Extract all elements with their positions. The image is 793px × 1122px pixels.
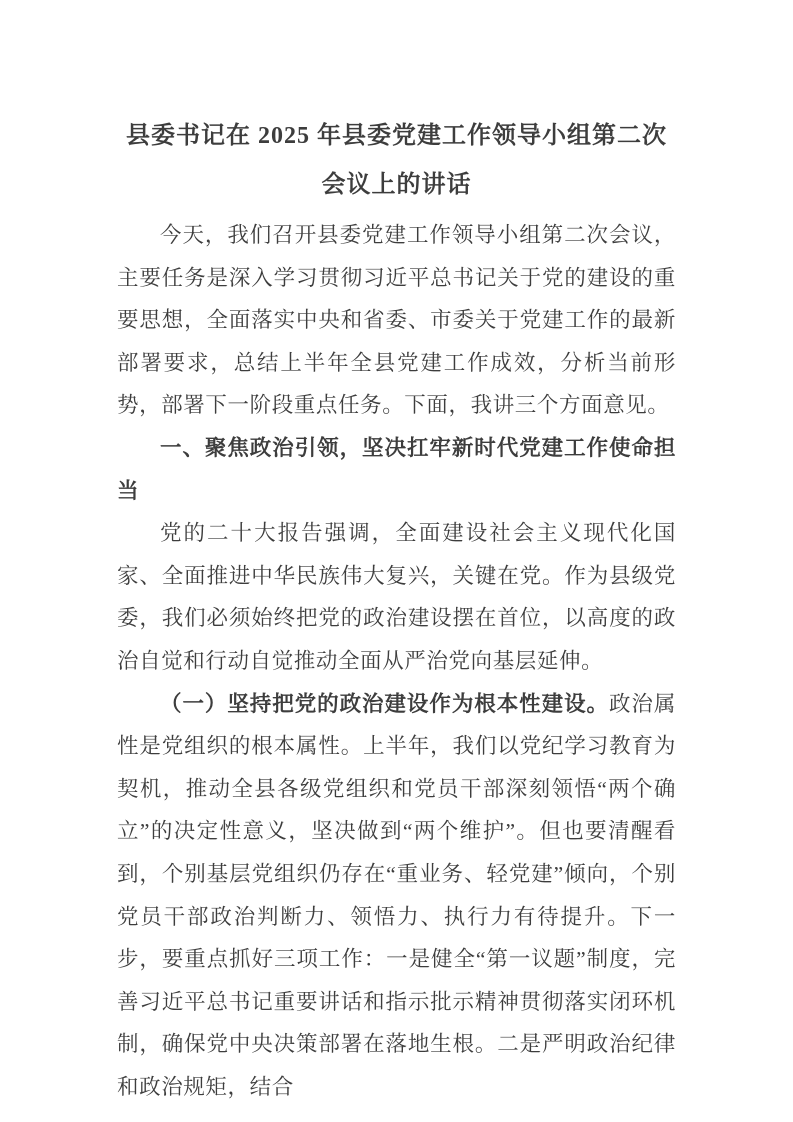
document-title: 县委书记在 2025 年县委党建工作领导小组第二次会议上的讲话 <box>117 112 676 210</box>
paragraph-subsection-1: （一）坚持把党的政治建设作为根本性建设。政治属性是党组织的根本属性。上半年，我们… <box>117 683 676 1109</box>
subsection-1-body: 政治属性是党组织的根本属性。上半年，我们以党纪学习教育为契机，推动全县各级党组织… <box>117 692 676 1099</box>
subsection-1-lead: （一）坚持把党的政治建设作为根本性建设。 <box>160 692 609 716</box>
paragraph-intro: 今天，我们召开县委党建工作领导小组第二次会议，主要任务是深入学习贯彻习近平总书记… <box>117 214 676 427</box>
section-heading-1: 一、聚焦政治引领，坚决扛牢新时代党建工作使命担当 <box>117 427 676 512</box>
paragraph-political-leadership: 党的二十大报告强调，全面建设社会主义现代化国家、全面推进中华民族伟大复兴，关键在… <box>117 512 676 682</box>
document-page: 县委书记在 2025 年县委党建工作领导小组第二次会议上的讲话 今天，我们召开县… <box>0 0 793 1122</box>
